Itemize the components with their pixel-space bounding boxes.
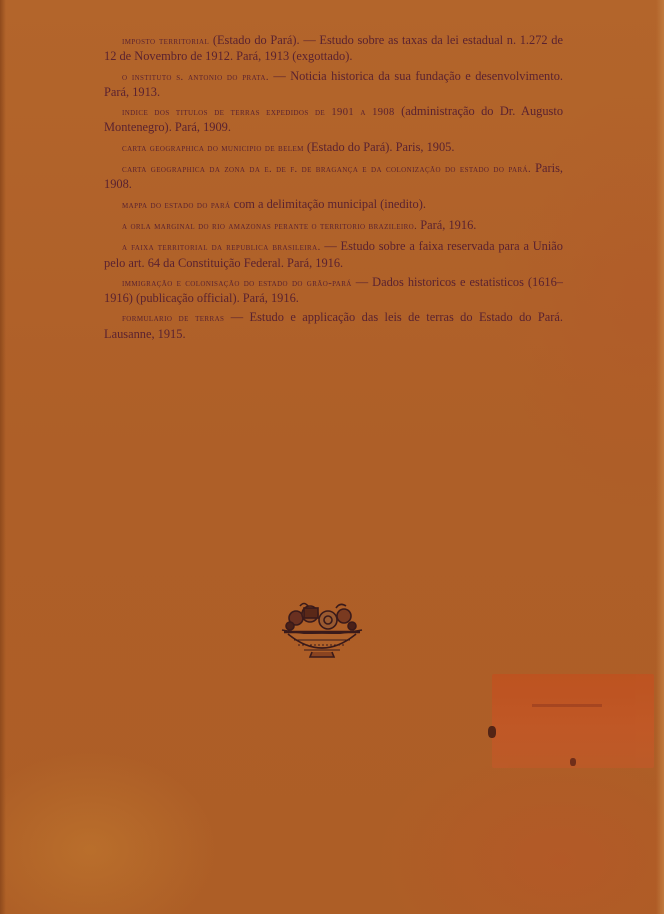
entry-text: Pará, 1916. bbox=[417, 218, 476, 232]
stain-spot bbox=[570, 758, 576, 766]
bibliography-list: IMPOSTO TERRITORIAL (Estado do Pará). — … bbox=[104, 33, 563, 346]
bibliography-entry: CARTA GEOGRAPHICA DA ZONA DA E. DE F. DE… bbox=[104, 161, 563, 192]
bibliography-entry: IMMIGRAÇÃO E COLONISAÇÃO DO ESTADO DO GR… bbox=[104, 275, 563, 306]
paper-stain bbox=[492, 674, 654, 768]
entry-text: com a delimitação municipal (inedito). bbox=[230, 197, 425, 211]
entry-title: CARTA GEOGRAPHICA DA ZONA DA E. DE F. DE… bbox=[122, 164, 531, 175]
bibliography-entry: A ORLA MARGINAL DO RIO AMAZONAS PERANTE … bbox=[104, 218, 563, 234]
entry-title: MAPPA DO ESTADO DO PARÁ bbox=[122, 200, 230, 211]
entry-title: O INSTITUTO S. ANTONIO DO PRATA. bbox=[122, 72, 269, 83]
bibliography-entry: INDICE DOS TITULOS DE TERRAS EXPEDIDOS D… bbox=[104, 104, 563, 135]
entry-title: IMMIGRAÇÃO E COLONISAÇÃO DO ESTADO DO GR… bbox=[122, 278, 352, 289]
bibliography-entry: FORMULARIO DE TERRAS — Estudo e applicaç… bbox=[104, 310, 563, 341]
stain-streak bbox=[532, 704, 602, 707]
entry-text: (Estado do Pará). Paris, 1905. bbox=[304, 140, 455, 154]
entry-title: A FAIXA TERRITORIAL DA REPUBLICA BRASILE… bbox=[122, 242, 321, 253]
page-edge-right bbox=[656, 0, 664, 914]
entry-title: INDICE DOS TITULOS DE TERRAS EXPEDIDOS D… bbox=[122, 107, 395, 118]
bibliography-entry: CARTA GEOGRAPHICA DO MUNICIPIO DE BELEM … bbox=[104, 140, 563, 156]
stain-spot bbox=[488, 726, 496, 738]
bibliography-entry: A FAIXA TERRITORIAL DA REPUBLICA BRASILE… bbox=[104, 239, 563, 270]
entry-title: CARTA GEOGRAPHICA DO MUNICIPIO DE BELEM bbox=[122, 143, 304, 154]
fruit-basket-vignette-icon bbox=[276, 600, 368, 660]
bibliography-entry: O INSTITUTO S. ANTONIO DO PRATA. — Notic… bbox=[104, 69, 563, 100]
bibliography-entry: MAPPA DO ESTADO DO PARÁ com a delimitaçã… bbox=[104, 197, 563, 213]
entry-title: A ORLA MARGINAL DO RIO AMAZONAS PERANTE … bbox=[122, 221, 417, 232]
entry-title: IMPOSTO TERRITORIAL bbox=[122, 36, 209, 47]
bibliography-entry: IMPOSTO TERRITORIAL (Estado do Pará). — … bbox=[104, 33, 563, 64]
page-edge-left bbox=[0, 0, 6, 914]
book-page: IMPOSTO TERRITORIAL (Estado do Pará). — … bbox=[0, 0, 664, 914]
entry-title: FORMULARIO DE TERRAS bbox=[122, 313, 224, 324]
